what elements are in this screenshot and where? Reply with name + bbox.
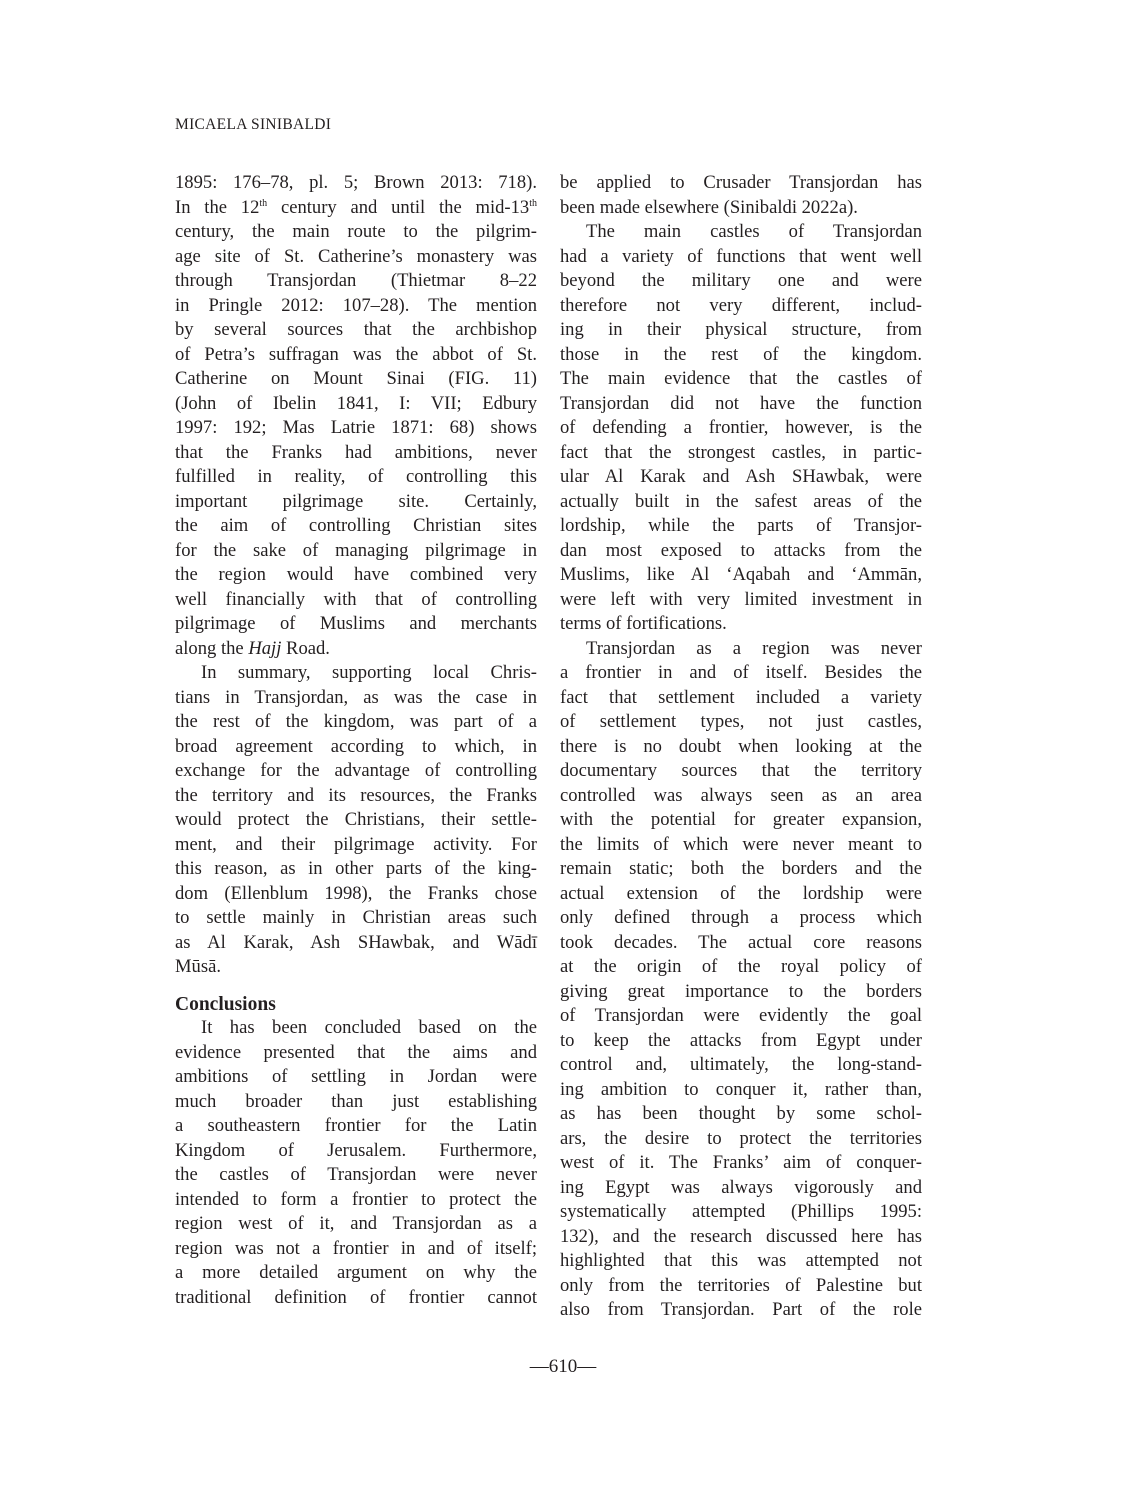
text-line: only from the territories of Palestine b… bbox=[560, 1274, 922, 1299]
text-line: dan most exposed to attacks from the bbox=[560, 539, 922, 564]
text-line: evidence presented that the aims and bbox=[175, 1041, 537, 1066]
text-line: a southeastern frontier for the Latin bbox=[175, 1114, 537, 1139]
text-line: pilgrimage of Muslims and merchants bbox=[175, 612, 537, 637]
text-line: would protect the Christians, their sett… bbox=[175, 808, 537, 833]
text-line: as Al Karak, Ash SHawbak, and Wādī bbox=[175, 931, 537, 956]
text-line: that the Franks had ambitions, never bbox=[175, 441, 537, 466]
text-line: region was not a frontier in and of itse… bbox=[175, 1237, 537, 1262]
text-line: The main castles of Transjordan bbox=[560, 220, 922, 245]
text-line: this reason, as in other parts of the ki… bbox=[175, 857, 537, 882]
text-line: 132), and the research discussed here ha… bbox=[560, 1225, 922, 1250]
text-line: fact that the strongest castles, in part… bbox=[560, 441, 922, 466]
text-line: of Petra’s suffragan was the abbot of St… bbox=[175, 343, 537, 368]
text-line: the rest of the kingdom, was part of a bbox=[175, 710, 537, 735]
text-line: terms of fortifications. bbox=[560, 612, 922, 637]
text-line: region west of it, and Transjordan as a bbox=[175, 1212, 537, 1237]
text-line: controlled was always seen as an area bbox=[560, 784, 922, 809]
text-line: ing Egypt was always vigorously and bbox=[560, 1176, 922, 1201]
text-line: intended to form a frontier to protect t… bbox=[175, 1188, 537, 1213]
text-line: to settle mainly in Christian areas such bbox=[175, 906, 537, 931]
text-line: in Pringle 2012: 107–28). The mention bbox=[175, 294, 537, 319]
text-line: ing ambition to conquer it, rather than, bbox=[560, 1078, 922, 1103]
text-line: Kingdom of Jerusalem. Furthermore, bbox=[175, 1139, 537, 1164]
text-line: west of it. The Franks’ aim of conquer- bbox=[560, 1151, 922, 1176]
text-line: there is no doubt when looking at the bbox=[560, 735, 922, 760]
page-number: —610— bbox=[0, 1356, 1126, 1378]
text-line: to keep the attacks from Egypt under bbox=[560, 1029, 922, 1054]
text-line: control and, ultimately, the long-stand- bbox=[560, 1053, 922, 1078]
text-line: had a variety of functions that went wel… bbox=[560, 245, 922, 270]
text-line: by several sources that the archbishop bbox=[175, 318, 537, 343]
text-line: therefore not very different, includ- bbox=[560, 294, 922, 319]
text-line: much broader than just establishing bbox=[175, 1090, 537, 1115]
text-line: important pilgrimage site. Certainly, bbox=[175, 490, 537, 515]
text-line: as has been thought by some schol- bbox=[560, 1102, 922, 1127]
text-line: beyond the military one and were bbox=[560, 269, 922, 294]
paragraph-frontier-continued: be applied to Crusader Transjordan has b… bbox=[560, 171, 922, 220]
text-line: only defined through a process which bbox=[560, 906, 922, 931]
text-line: along the Hajj Road. bbox=[175, 637, 537, 662]
text-line: 1895: 176–78, pl. 5; Brown 2013: 718). bbox=[175, 171, 537, 196]
text-line: ars, the desire to protect the territori… bbox=[560, 1127, 922, 1152]
paragraph-pilgrimage-route: 1895: 176–78, pl. 5; Brown 2013: 718). I… bbox=[175, 171, 537, 661]
text-line: the aim of controlling Christian sites bbox=[175, 514, 537, 539]
running-head-author: MICAELA SINIBALDI bbox=[175, 116, 331, 134]
text-line: fulfilled in reality, of controlling thi… bbox=[175, 465, 537, 490]
text-line: (John of Ibelin 1841, I: VII; Edbury bbox=[175, 392, 537, 417]
text-line: ambitions of settling in Jordan were bbox=[175, 1065, 537, 1090]
text-line: broad agreement according to which, in bbox=[175, 735, 537, 760]
text-line: the limits of which were never meant to bbox=[560, 833, 922, 858]
paragraph-transjordan-region: Transjordan as a region was never a fron… bbox=[560, 637, 922, 1323]
text-line: Transjordan as a region was never bbox=[560, 637, 922, 662]
text-line: the territory and its resources, the Fra… bbox=[175, 784, 537, 809]
text-line: be applied to Crusader Transjordan has bbox=[560, 171, 922, 196]
superscript: th bbox=[529, 198, 537, 209]
text-line: Mūsā. bbox=[175, 955, 537, 980]
text-line: lordship, while the parts of Transjor- bbox=[560, 514, 922, 539]
text-line: took decades. The actual core reasons bbox=[560, 931, 922, 956]
text-line: fact that settlement included a variety bbox=[560, 686, 922, 711]
text-line: at the origin of the royal policy of bbox=[560, 955, 922, 980]
text-line: highlighted that this was attempted not bbox=[560, 1249, 922, 1274]
text-line: of defending a frontier, however, is the bbox=[560, 416, 922, 441]
text-line: giving great importance to the borders bbox=[560, 980, 922, 1005]
text-line: systematically attempted (Phillips 1995: bbox=[560, 1200, 922, 1225]
text-line: of settlement types, not just castles, bbox=[560, 710, 922, 735]
text-line: ular Al Karak and Ash SHawbak, were bbox=[560, 465, 922, 490]
text-line: were left with very limited investment i… bbox=[560, 588, 922, 613]
superscript: th bbox=[259, 198, 267, 209]
right-column: be applied to Crusader Transjordan has b… bbox=[560, 171, 922, 1323]
text-line: documentary sources that the territory bbox=[560, 759, 922, 784]
text-line: ing in their physical structure, from bbox=[560, 318, 922, 343]
text-line: actually built in the safest areas of th… bbox=[560, 490, 922, 515]
text-line: It has been concluded based on the bbox=[175, 1016, 537, 1041]
text-line: a frontier in and of itself. Besides the bbox=[560, 661, 922, 686]
text-line: 1997: 192; Mas Latrie 1871: 68) shows bbox=[175, 416, 537, 441]
text-line: Catherine on Mount Sinai (FIG. 11) bbox=[175, 367, 537, 392]
text-line: the castles of Transjordan were never bbox=[175, 1163, 537, 1188]
text-line: through Transjordan (Thietmar 8–22 bbox=[175, 269, 537, 294]
text-line: those in the rest of the kingdom. bbox=[560, 343, 922, 368]
text-line: century, the main route to the pilgrim- bbox=[175, 220, 537, 245]
text-line: the region would have combined very bbox=[175, 563, 537, 588]
text-line: In the 12th century and until the mid-13… bbox=[175, 196, 537, 221]
text-line: Transjordan did not have the function bbox=[560, 392, 922, 417]
text-line: with the potential for greater expansion… bbox=[560, 808, 922, 833]
text-line: The main evidence that the castles of bbox=[560, 367, 922, 392]
section-heading-conclusions: Conclusions bbox=[175, 992, 537, 1017]
paragraph-summary: In summary, supporting local Chris- tian… bbox=[175, 661, 537, 980]
text-line: age site of St. Catherine’s monastery wa… bbox=[175, 245, 537, 270]
text-line: been made elsewhere (Sinibaldi 2022a). bbox=[560, 196, 922, 221]
text-line: tians in Transjordan, as was the case in bbox=[175, 686, 537, 711]
paragraph-castles-functions: The main castles of Transjordan had a va… bbox=[560, 220, 922, 637]
text-line: In summary, supporting local Chris- bbox=[175, 661, 537, 686]
text-line: exchange for the advantage of controllin… bbox=[175, 759, 537, 784]
text-line: actual extension of the lordship were bbox=[560, 882, 922, 907]
text-line: traditional definition of frontier canno… bbox=[175, 1286, 537, 1311]
paragraph-conclusions: It has been concluded based on the evide… bbox=[175, 1016, 537, 1310]
text-line: also from Transjordan. Part of the role bbox=[560, 1298, 922, 1323]
text-line: ment, and their pilgrimage activity. For bbox=[175, 833, 537, 858]
text-line: remain static; both the borders and the bbox=[560, 857, 922, 882]
left-column: 1895: 176–78, pl. 5; Brown 2013: 718). I… bbox=[175, 171, 537, 1310]
italic-term-hajj: Hajj bbox=[248, 638, 281, 659]
text-line: a more detailed argument on why the bbox=[175, 1261, 537, 1286]
text-line: well financially with that of controllin… bbox=[175, 588, 537, 613]
text-line: for the sake of managing pilgrimage in bbox=[175, 539, 537, 564]
text-line: of Transjordan were evidently the goal bbox=[560, 1004, 922, 1029]
text-line: Muslims, like Al ‘Aqabah and ‘Ammān, bbox=[560, 563, 922, 588]
text-line: dom (Ellenblum 1998), the Franks chose bbox=[175, 882, 537, 907]
